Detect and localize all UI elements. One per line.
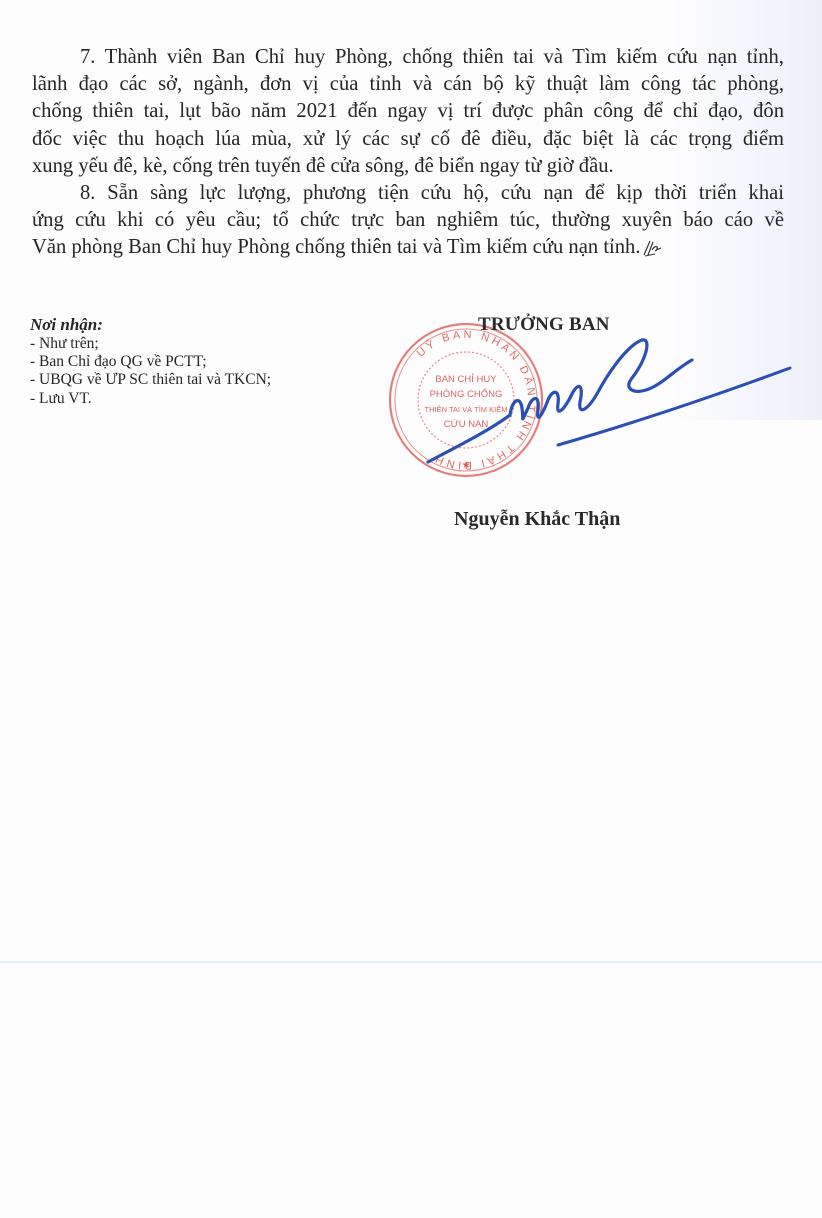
paragraph-line: lãnh đạo các sở, ngành, đơn vị của tỉnh … [32, 71, 784, 98]
paragraph-line: xung yếu đê, kè, cống trên tuyến đê cửa … [32, 153, 784, 180]
paragraph-line-final: Văn phòng Ban Chỉ huy Phòng chống thiên … [32, 234, 784, 261]
paragraph-line: đốc việc thu hoạch lúa mùa, xử lý các sự… [32, 126, 784, 153]
recipient-item: - Lưu VT. [30, 390, 350, 408]
initials-mark-icon [641, 239, 663, 257]
paragraph-item-8: 8. Sẵn sàng lực lượng, phương tiện cứu h… [32, 180, 784, 262]
paragraph-line: 8. Sẵn sàng lực lượng, phương tiện cứu h… [32, 180, 784, 207]
paragraph-line: chống thiên tai, lụt bão năm 2021 đến ng… [32, 98, 784, 125]
recipients-block: Nơi nhận: - Như trên; - Ban Chỉ đạo QG v… [30, 315, 350, 408]
recipient-item: - Như trên; [30, 335, 350, 353]
signature-block: UỶ BAN NHÂN DÂN TỈNH THÁI BÌNH BAN CHỈ H… [370, 300, 822, 550]
document-body: 7. Thành viên Ban Chỉ huy Phòng, chống t… [32, 44, 784, 262]
recipients-list: - Như trên; - Ban Chỉ đạo QG về PCTT; - … [30, 335, 350, 408]
scan-line-artifact [0, 961, 822, 963]
recipient-item: - Ban Chỉ đạo QG về PCTT; [30, 353, 350, 371]
signer-name: Nguyễn Khắc Thận [454, 508, 620, 531]
paragraph-line: 7. Thành viên Ban Chỉ huy Phòng, chống t… [32, 44, 784, 71]
recipient-item: - UBQG về ƯP SC thiên tai và TKCN; [30, 371, 350, 389]
recipients-title: Nơi nhận: [30, 315, 350, 335]
paragraph-line-text: Văn phòng Ban Chỉ huy Phòng chống thiên … [32, 236, 641, 258]
paragraph-line: ứng cứu khi có yêu cầu; tổ chức trực ban… [32, 207, 784, 234]
document-page: 7. Thành viên Ban Chỉ huy Phòng, chống t… [0, 0, 822, 1218]
paragraph-item-7: 7. Thành viên Ban Chỉ huy Phòng, chống t… [32, 44, 784, 180]
